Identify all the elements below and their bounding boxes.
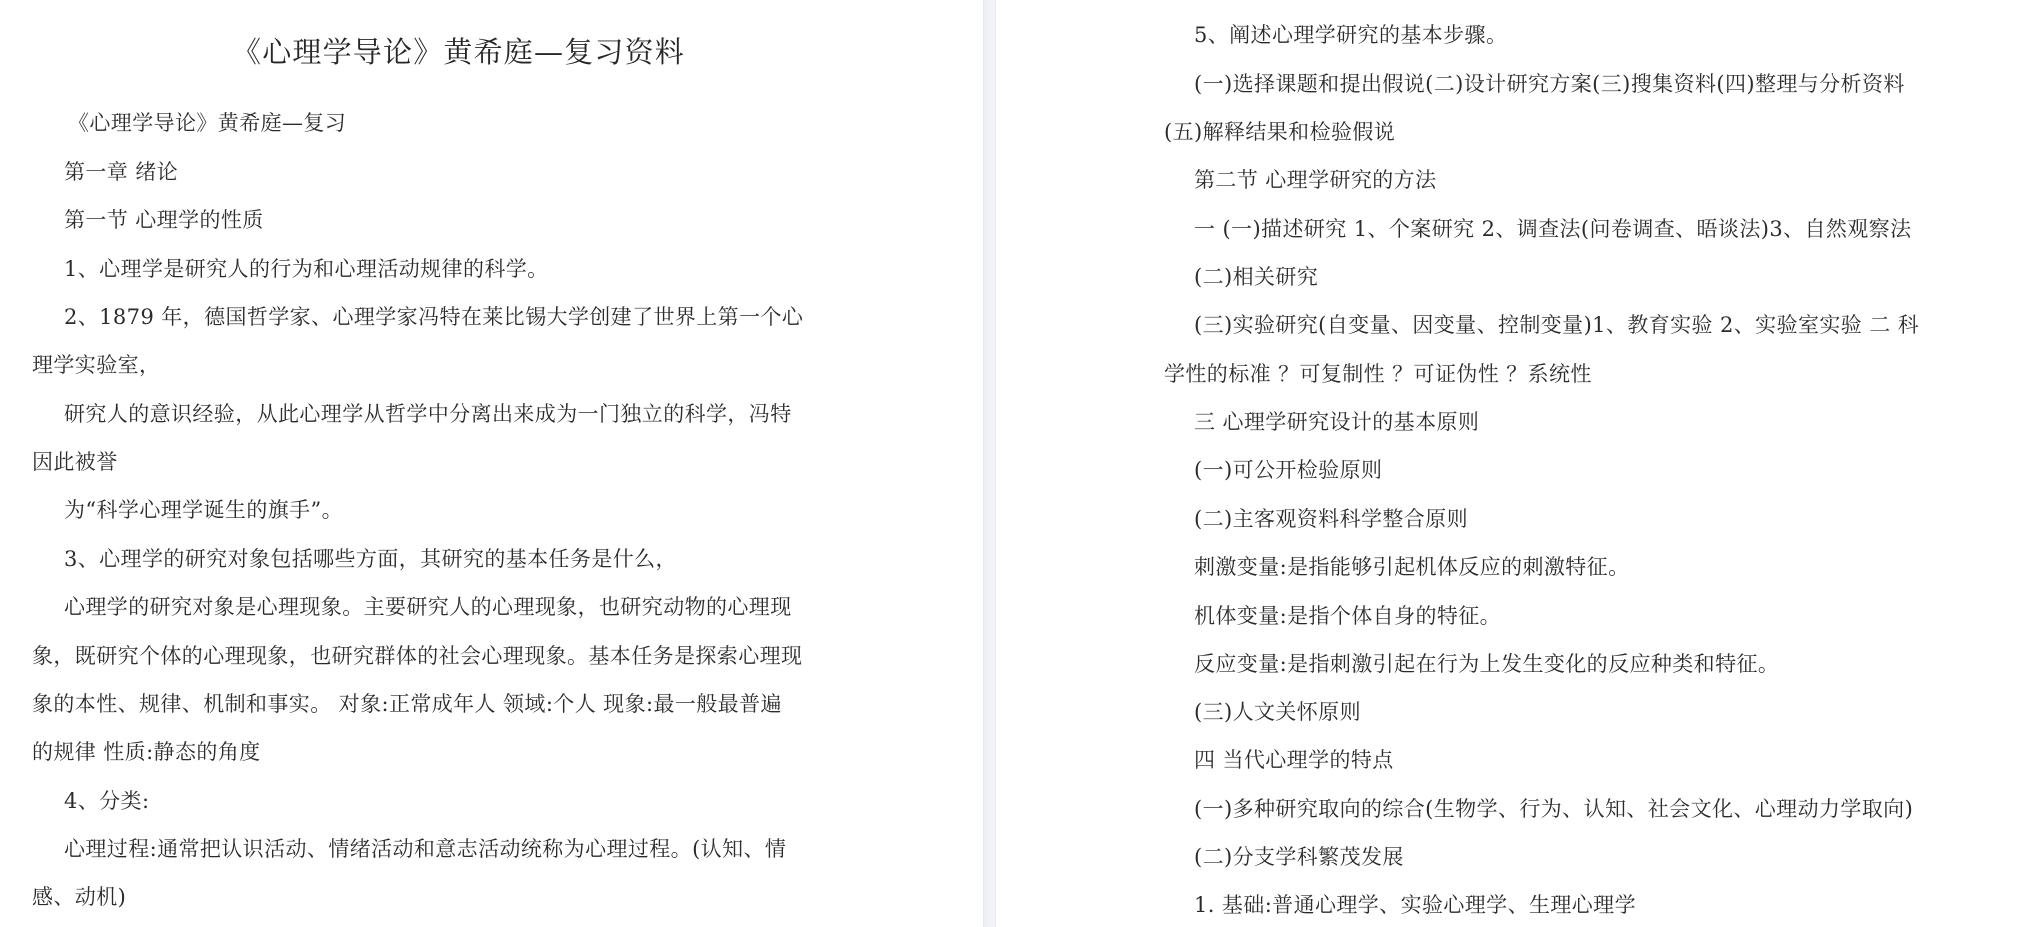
paragraph-line: 机体变量:是指个体自身的特征。 [1194,603,1501,629]
chapter-heading: 第一章 绪论 [64,159,178,185]
paragraph-line: 因此被誉 [32,449,118,475]
paragraph-line: 4、分类: [64,788,149,814]
paragraph-line: (一)多种研究取向的综合(生物学、行为、认知、社会文化、心理动力学取向) [1194,796,1913,822]
paragraph-line: 1、心理学是研究人的行为和心理活动规律的科学。 [64,256,549,282]
paragraph-line: (二)相关研究 [1194,264,1318,290]
paragraph-line: 理学实验室， [32,352,160,378]
paragraph-line: (三)人文关怀原则 [1194,699,1361,725]
paragraph-line: (一)选择课题和提出假说(二)设计研究方案(三)搜集资料(四)整理与分析资料 [1194,71,1905,97]
paragraph-line: (二)分支学科繁茂发展 [1194,844,1404,870]
subsection-heading: 三 心理学研究设计的基本原则 [1194,409,1479,435]
document-page-right: 5、阐述心理学研究的基本步骤。 (一)选择课题和提出假说(二)设计研究方案(三)… [996,0,2019,927]
paragraph-line: (五)解释结果和检验假说 [1164,119,1395,145]
paragraph-line: 的规律 性质:静态的角度 [32,739,261,765]
paragraph-line: 心理过程:通常把认识活动、情绪活动和意志活动统称为心理过程。(认知、情 [64,836,786,862]
paragraph-line: 学性的标准 ？可复制性 ？可证伪性 ？系统性 [1164,361,1592,387]
paragraph-line: 2、1879 年，德国哲学家、心理学家冯特在莱比锡大学创建了世界上第一个心 [64,304,803,330]
section-heading: 第二节 心理学研究的方法 [1194,167,1436,193]
paragraph-line: 3、心理学的研究对象包括哪些方面，其研究的基本任务是什么， [64,546,677,572]
paragraph-line: 刺激变量:是指能够引起机体反应的刺激特征。 [1194,554,1629,580]
document-title: 《心理学导论》黄希庭—复习资料 [232,34,685,70]
paragraph-line: (三)实验研究(自变量、因变量、控制变量)1、教育实验 2、实验室实验 二 科 [1194,312,1919,338]
document-page-left: 《心理学导论》黄希庭—复习资料 《心理学导论》黄希庭—复习 第一章 绪论 第一节… [0,0,983,927]
paragraph-line: (二)主客观资料科学整合原则 [1194,506,1468,532]
paragraph-line: (一)可公开检验原则 [1194,457,1382,483]
page-divider [983,0,996,927]
paragraph-line: 感、动机) [32,884,126,910]
paragraph-line: 研究人的意识经验，从此心理学从哲学中分离出来成为一门独立的科学，冯特 [64,401,792,427]
paragraph-line: 1. 基础:普通心理学、实验心理学、生理心理学 [1194,892,1636,918]
section-heading: 第一节 心理学的性质 [64,207,264,233]
paragraph-line: 《心理学导论》黄希庭—复习 [68,110,346,136]
paragraph-line: 反应变量:是指刺激引起在行为上发生变化的反应种类和特征。 [1194,651,1779,677]
paragraph-line: 心理学的研究对象是心理现象。主要研究人的心理现象，也研究动物的心理现 [64,594,792,620]
paragraph-line: 一 (一)描述研究 1、个案研究 2、调查法(问卷调查、晤谈法)3、自然观察法 [1194,216,1911,242]
subsection-heading: 四 当代心理学的特点 [1194,747,1394,773]
paragraph-line: 象的本性、规律、机制和事实。 对象:正常成年人 领域:个人 现象:最一般最普遍 [32,691,782,717]
paragraph-line: 为“科学心理学诞生的旗手”。 [64,497,343,523]
paragraph-line: 象，既研究个体的心理现象，也研究群体的社会心理现象。基本任务是探索心理现 [32,643,802,669]
paragraph-line: 5、阐述心理学研究的基本步骤。 [1194,22,1507,48]
